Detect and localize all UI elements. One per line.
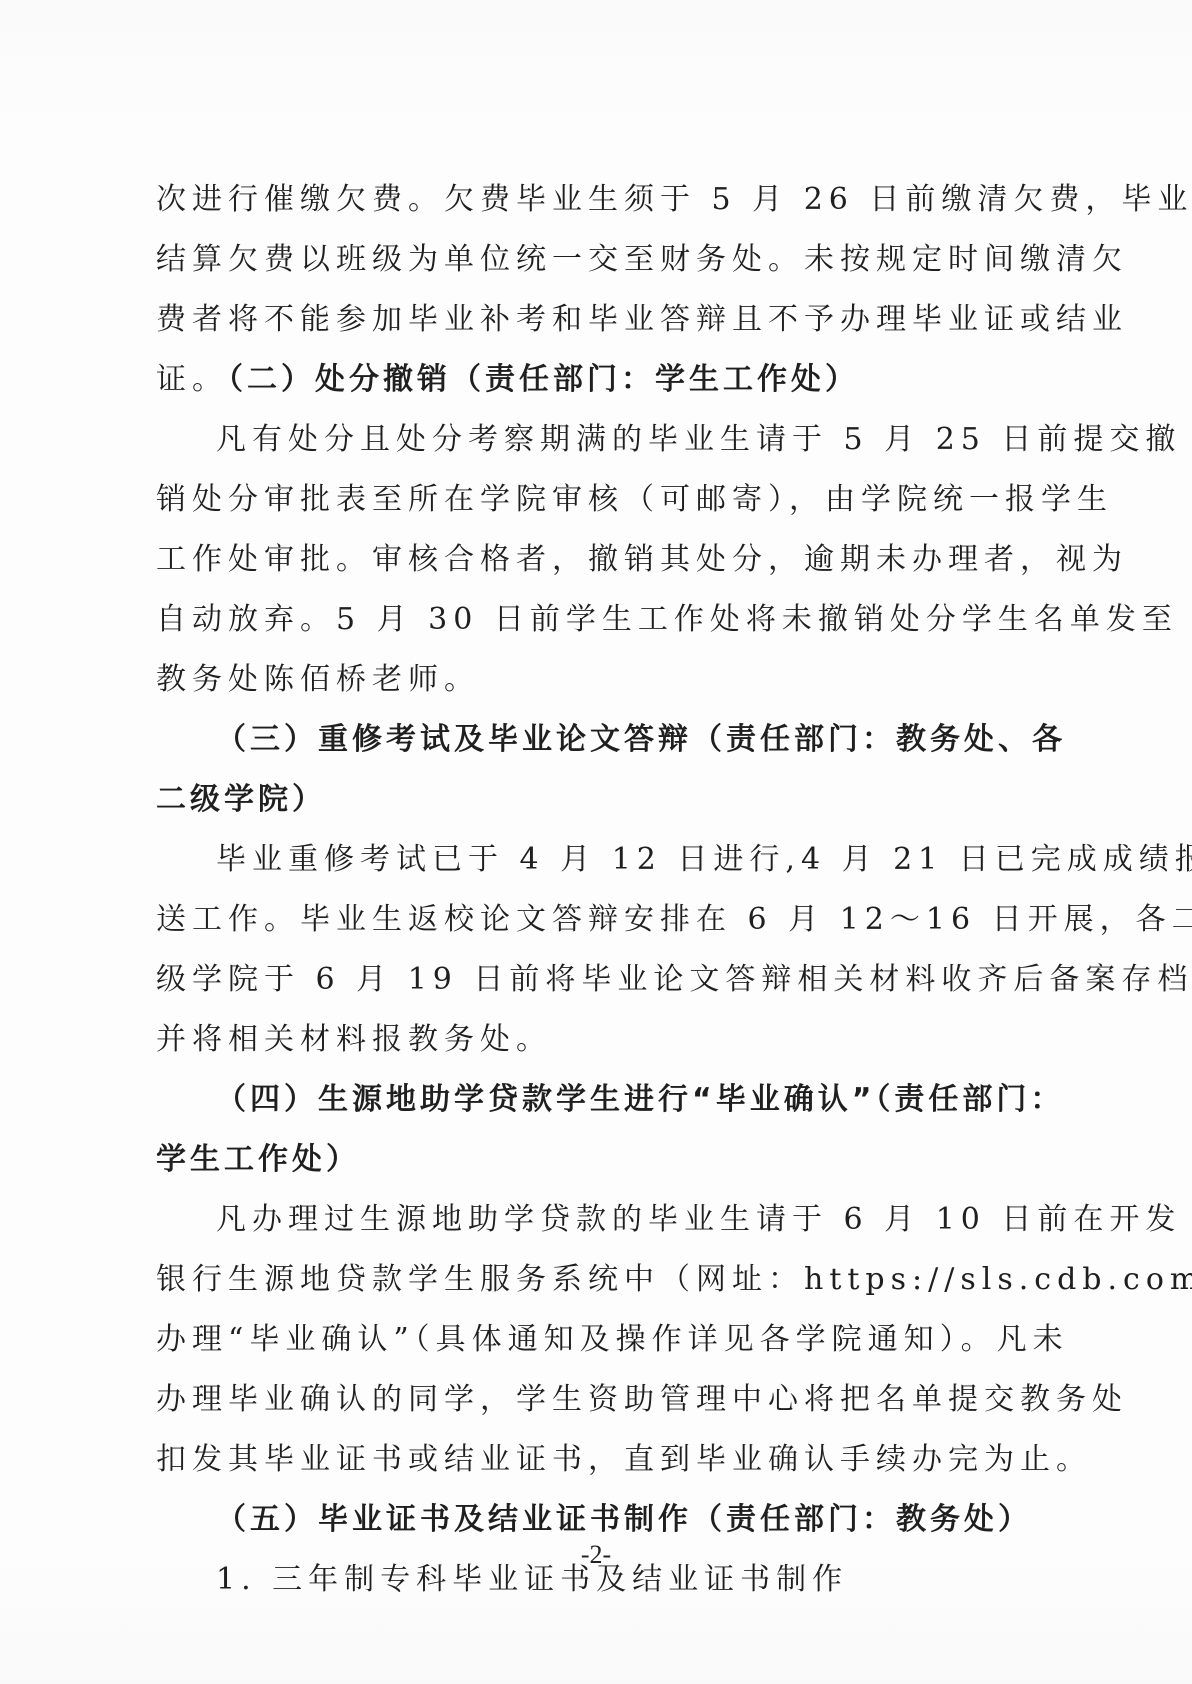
body-line-1: 次进行催缴欠费。欠费毕业生须于 5 月 26 日前缴清欠费，毕业 xyxy=(156,170,1020,230)
section-4-para-line-4: 办理毕业确认的同学，学生资助管理中心将把名单提交教务处 xyxy=(156,1370,1020,1430)
section-4-para-line-3: 办理“毕业确认”（具体通知及操作详见各学院通知）。凡未 xyxy=(156,1310,1020,1370)
document-body: 次进行催缴欠费。欠费毕业生须于 5 月 26 日前缴清欠费，毕业 结算欠费以班级… xyxy=(156,170,1020,1610)
page-number: -2- xyxy=(0,1540,1192,1570)
document-page: 次进行催缴欠费。欠费毕业生须于 5 月 26 日前缴清欠费，毕业 结算欠费以班级… xyxy=(0,0,1192,1684)
section-3-heading: （三）重修考试及毕业论文答辩（责任部门：教务处、各 xyxy=(156,710,1020,770)
section-4-para-line-2-url: 银行生源地贷款学生服务系统中（网址：https://sls.cdb.com.cn… xyxy=(156,1250,1020,1310)
body-line-4-tail: 证。 xyxy=(156,362,228,397)
section-2-para-line-5: 教务处陈佰桥老师。 xyxy=(156,650,1020,710)
section-2-heading-line: 证。（二）处分撤销（责任部门：学生工作处） xyxy=(156,350,1020,410)
section-4-para-line-5: 扣发其毕业证书或结业证书，直到毕业确认手续办完为止。 xyxy=(156,1430,1020,1490)
section-2-para-line-4: 自动放弃。5 月 30 日前学生工作处将未撤销处分学生名单发至 xyxy=(156,590,1020,650)
body-line-2: 结算欠费以班级为单位统一交至财务处。未按规定时间缴清欠 xyxy=(156,230,1020,290)
section-3-para-line-4: 并将相关材料报教务处。 xyxy=(156,1010,1020,1070)
section-4-para-line-1: 凡办理过生源地助学贷款的毕业生请于 6 月 10 日前在开发 xyxy=(156,1190,1020,1250)
section-3-para-line-2: 送工作。毕业生返校论文答辩安排在 6 月 12～16 日开展，各二 xyxy=(156,890,1020,950)
section-2-para-line-1: 凡有处分且处分考察期满的毕业生请于 5 月 25 日前提交撤 xyxy=(156,410,1020,470)
section-3-para-line-1: 毕业重修考试已于 4 月 12 日进行,4 月 21 日已完成成绩报 xyxy=(156,830,1020,890)
section-2-para-line-3: 工作处审批。审核合格者，撤销其处分，逾期未办理者，视为 xyxy=(156,530,1020,590)
section-3-heading-cont: 二级学院） xyxy=(156,770,1020,830)
body-line-3: 费者将不能参加毕业补考和毕业答辩且不予办理毕业证或结业 xyxy=(156,290,1020,350)
section-4-heading: （四）生源地助学贷款学生进行“毕业确认”（责任部门： xyxy=(156,1070,1020,1130)
section-2-para-line-2: 销处分审批表至所在学院审核（可邮寄），由学院统一报学生 xyxy=(156,470,1020,530)
section-3-para-line-3: 级学院于 6 月 19 日前将毕业论文答辩相关材料收齐后备案存档 xyxy=(156,950,1020,1010)
section-2-heading: （二）处分撤销（责任部门：学生工作处） xyxy=(228,362,859,397)
section-4-heading-cont: 学生工作处） xyxy=(156,1130,1020,1190)
